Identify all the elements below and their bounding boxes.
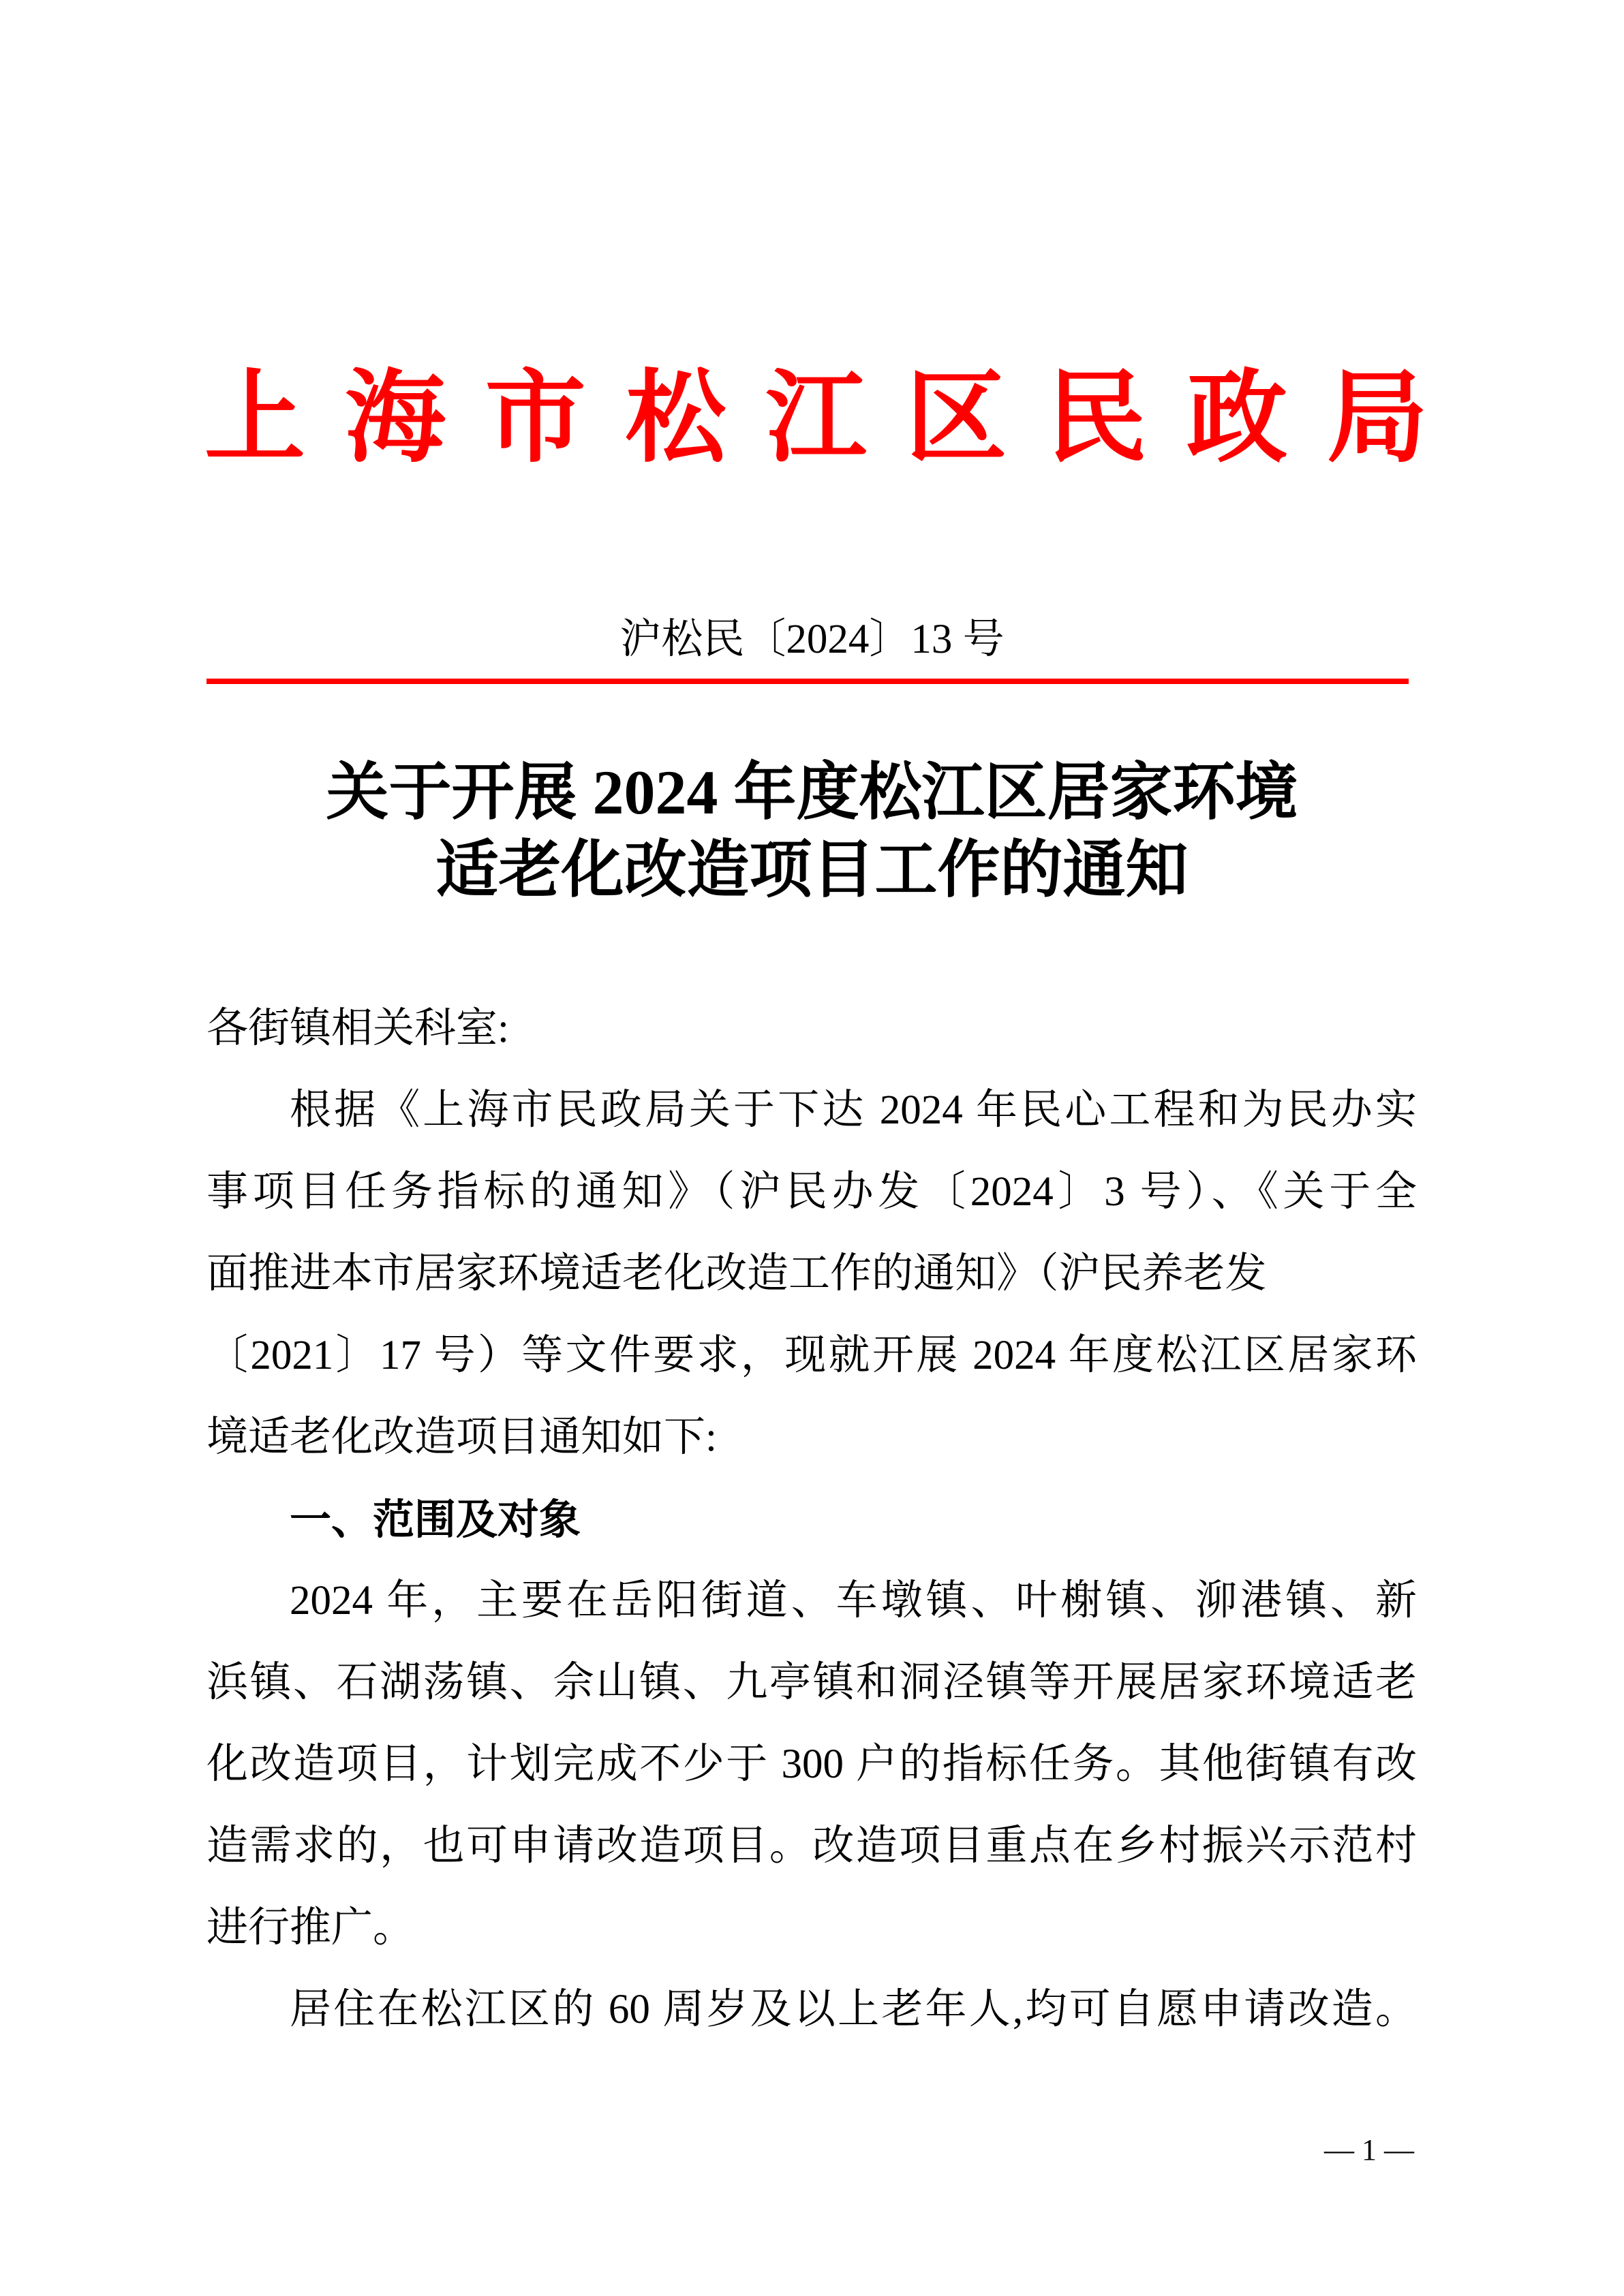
document-body: 各街镇相关科室:根据《上海市民政局关于下达 2024 年民心工程和为民办实事项目… bbox=[206, 988, 1417, 2051]
agency-masthead: 上 海 市 松 江 区 民 政 局 bbox=[204, 363, 1428, 476]
red-divider-line bbox=[206, 679, 1409, 684]
body-line: 2024 年，主要在岳阳街道、车墩镇、叶榭镇、泖港镇、新 bbox=[206, 1560, 1417, 1642]
body-line: 化改造项目，计划完成不少于 300 户的指标任务。其他街镇有改 bbox=[206, 1724, 1417, 1805]
body-line: 各街镇相关科室: bbox=[206, 988, 1417, 1070]
body-line: 事项目任务指标的通知》（沪民办发〔2024〕3 号）、《关于全 bbox=[206, 1151, 1417, 1233]
body-line: 境适老化改造项目通知如下: bbox=[206, 1397, 1417, 1478]
document-title-line1: 关于开展 2024 年度松江区居家环境 bbox=[0, 754, 1624, 831]
body-line: 浜镇、石湖荡镇、佘山镇、九亭镇和洞泾镇等开展居家环境适老 bbox=[206, 1642, 1417, 1724]
body-line: 造需求的，也可申请改造项目。改造项目重点在乡村振兴示范村 bbox=[206, 1805, 1417, 1887]
body-line: 居住在松江区的 60 周岁及以上老年人,均可自愿申请改造。 bbox=[206, 1969, 1417, 2051]
document-title-line2: 适老化改造项目工作的通知 bbox=[0, 831, 1624, 909]
body-line: 根据《上海市民政局关于下达 2024 年民心工程和为民办实 bbox=[206, 1070, 1417, 1151]
body-line: 面推进本市居家环境适老化改造工作的通知》（沪民养老发 bbox=[206, 1233, 1417, 1315]
document-title: 关于开展 2024 年度松江区居家环境 适老化改造项目工作的通知 bbox=[0, 754, 1624, 909]
doc-reference-number: 沪松民〔2024〕13 号 bbox=[0, 615, 1624, 664]
body-line: 〔2021〕17 号）等文件要求，现就开展 2024 年度松江区居家环 bbox=[206, 1315, 1417, 1397]
body-line: 进行推广。 bbox=[206, 1887, 1417, 1969]
section-heading: 一、范围及对象 bbox=[206, 1478, 1417, 1560]
document-page: 上 海 市 松 江 区 民 政 局 沪松民〔2024〕13 号 关于开展 202… bbox=[0, 0, 1624, 2296]
page-number: — 1 — bbox=[1324, 2132, 1414, 2169]
